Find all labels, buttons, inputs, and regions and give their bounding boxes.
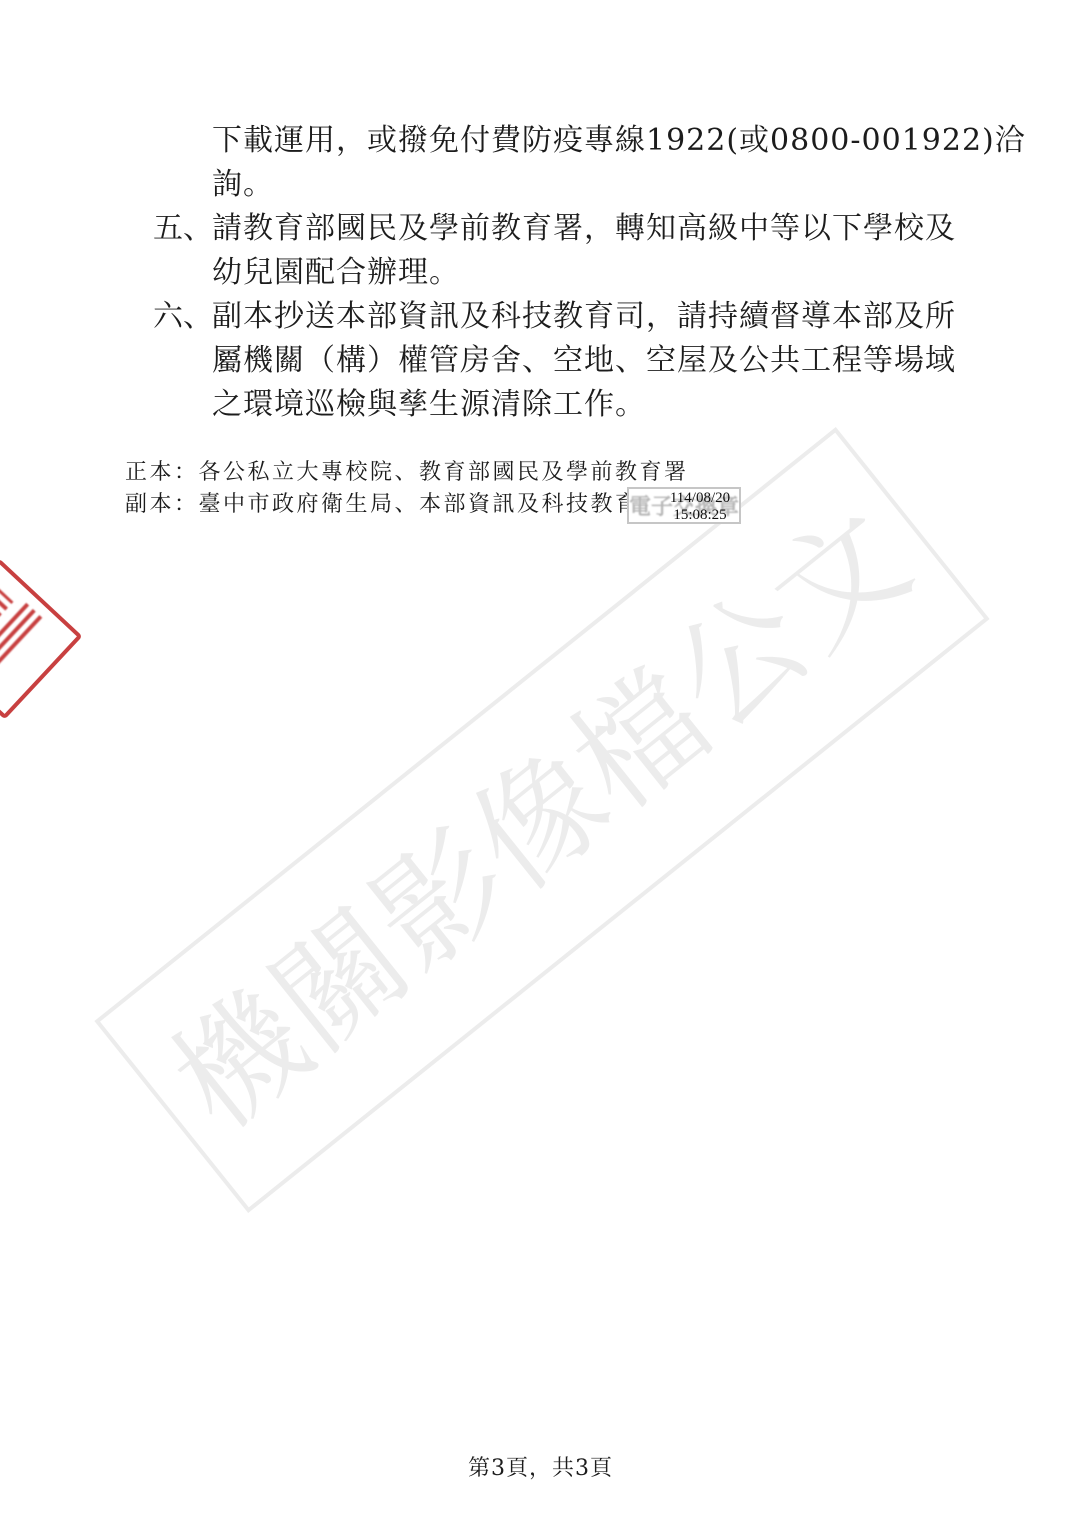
body-line-7: 之環境巡檢與孳生源清除工作。: [212, 388, 646, 422]
copy-recipients-value: 臺中市政府衛生局、本部資訊及科技教育司: [199, 492, 665, 517]
copy-recipients-label: 副本：: [125, 492, 199, 517]
item-text-5: 請教育部國民及學前教育署，轉知高級中等以下學校及: [212, 211, 956, 246]
seal-glyphs-right: [0, 603, 45, 681]
page-number-indicator: 第3頁，共3頁: [468, 1451, 613, 1482]
body-line-2: 詢。: [212, 168, 274, 202]
original-recipients-line: 正本：各公私立大專校院、教育部國民及學前教育署: [125, 455, 689, 486]
watermark-frame: 機關影像檔公文: [94, 427, 989, 1213]
electronic-exchange-stamp: 電子交換章 114/08/20 15:08:25: [627, 487, 741, 524]
exchange-stamp-time: 15:08:25: [657, 507, 743, 524]
body-line-item-6: 六、副本抄送本部資訊及科技教育司，請持續督導本部及所: [153, 300, 956, 334]
original-recipients-label: 正本：: [125, 460, 199, 485]
body-line-4: 幼兒園配合辦理。: [212, 256, 460, 290]
red-seal-stamp: [0, 558, 83, 719]
exchange-stamp-date: 114/08/20: [657, 490, 743, 507]
official-document-page: 機關影像檔公文 下載運用，或撥免付費防疫專線1922(或0800-001922)…: [0, 0, 1081, 1513]
body-line-6: 屬機關（構）權管房舍、空地、空屋及公共工程等場域: [212, 344, 956, 378]
item-number-5: 五、: [153, 212, 212, 246]
copy-recipients-line: 副本：臺中市政府衛生局、本部資訊及科技教育司: [125, 487, 664, 518]
item-text-6: 副本抄送本部資訊及科技教育司，請持續督導本部及所: [212, 299, 956, 334]
body-line-1: 下載運用，或撥免付費防疫專線1922(或0800-001922)洽: [212, 124, 1026, 158]
watermark-text: 機關影像檔公文: [153, 491, 931, 1150]
item-number-6: 六、: [153, 300, 212, 334]
original-recipients-value: 各公私立大專校院、教育部國民及學前教育署: [199, 460, 689, 485]
exchange-stamp-datetime: 114/08/20 15:08:25: [657, 490, 743, 523]
body-line-item-5: 五、請教育部國民及學前教育署，轉知高級中等以下學校及: [153, 212, 956, 246]
